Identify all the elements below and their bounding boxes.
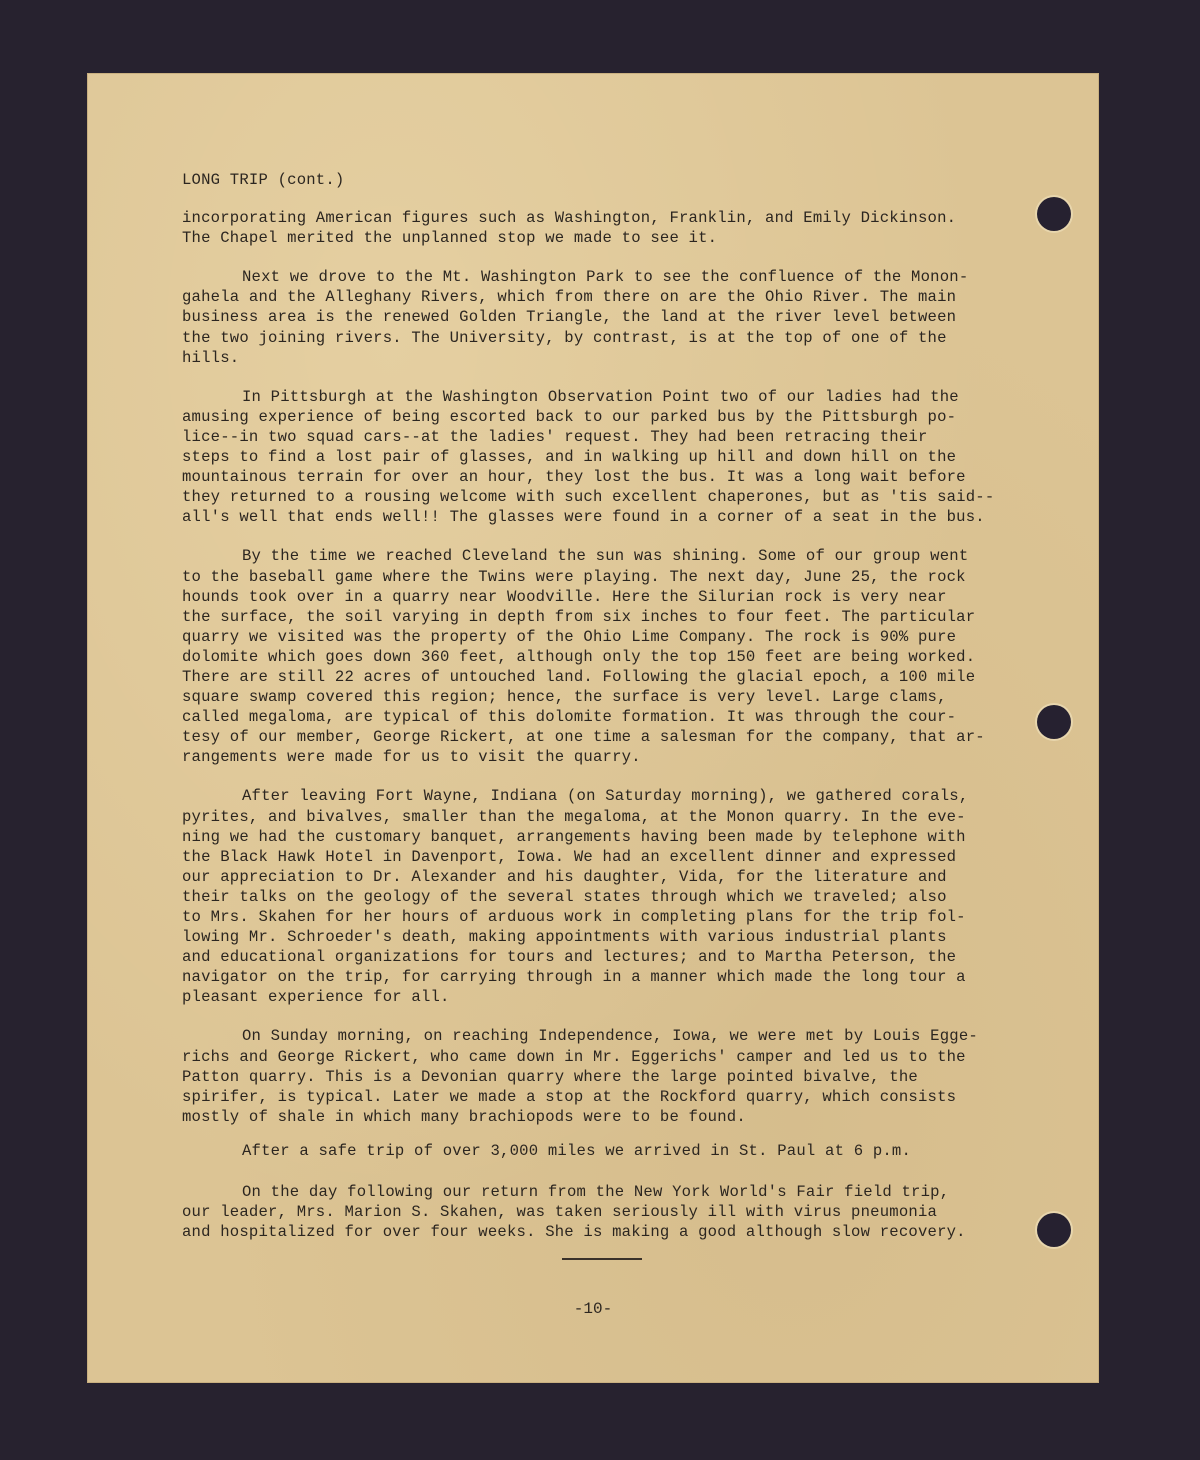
paragraph-continuation: incorporating American figures such as W…: [182, 208, 1042, 248]
punch-hole-middle: [1037, 705, 1071, 739]
paragraph-mt-washington: Next we drove to the Mt. Washington Park…: [182, 267, 1042, 367]
paragraph-cleveland: By the time we reached Cleveland the sun…: [182, 546, 1042, 767]
paragraph-independence: On Sunday morning, on reaching Independe…: [182, 1026, 1042, 1126]
page-heading: LONG TRIP (cont.): [182, 170, 1042, 190]
paragraph-arrival: After a safe trip of over 3,000 miles we…: [182, 1141, 1042, 1161]
section-divider: [562, 1258, 642, 1260]
paragraph-fort-wayne: After leaving Fort Wayne, Indiana (on Sa…: [182, 786, 1042, 1007]
paragraph-pittsburgh: In Pittsburgh at the Washington Observat…: [182, 387, 1042, 528]
page-number: -10-: [88, 1300, 1098, 1318]
punch-hole-bottom: [1037, 1213, 1071, 1247]
punch-hole-top: [1037, 197, 1071, 231]
paragraph-illness: On the day following our return from the…: [182, 1182, 1042, 1242]
document-body: LONG TRIP (cont.) incorporating American…: [182, 170, 1042, 1261]
document-page: LONG TRIP (cont.) incorporating American…: [88, 74, 1098, 1382]
